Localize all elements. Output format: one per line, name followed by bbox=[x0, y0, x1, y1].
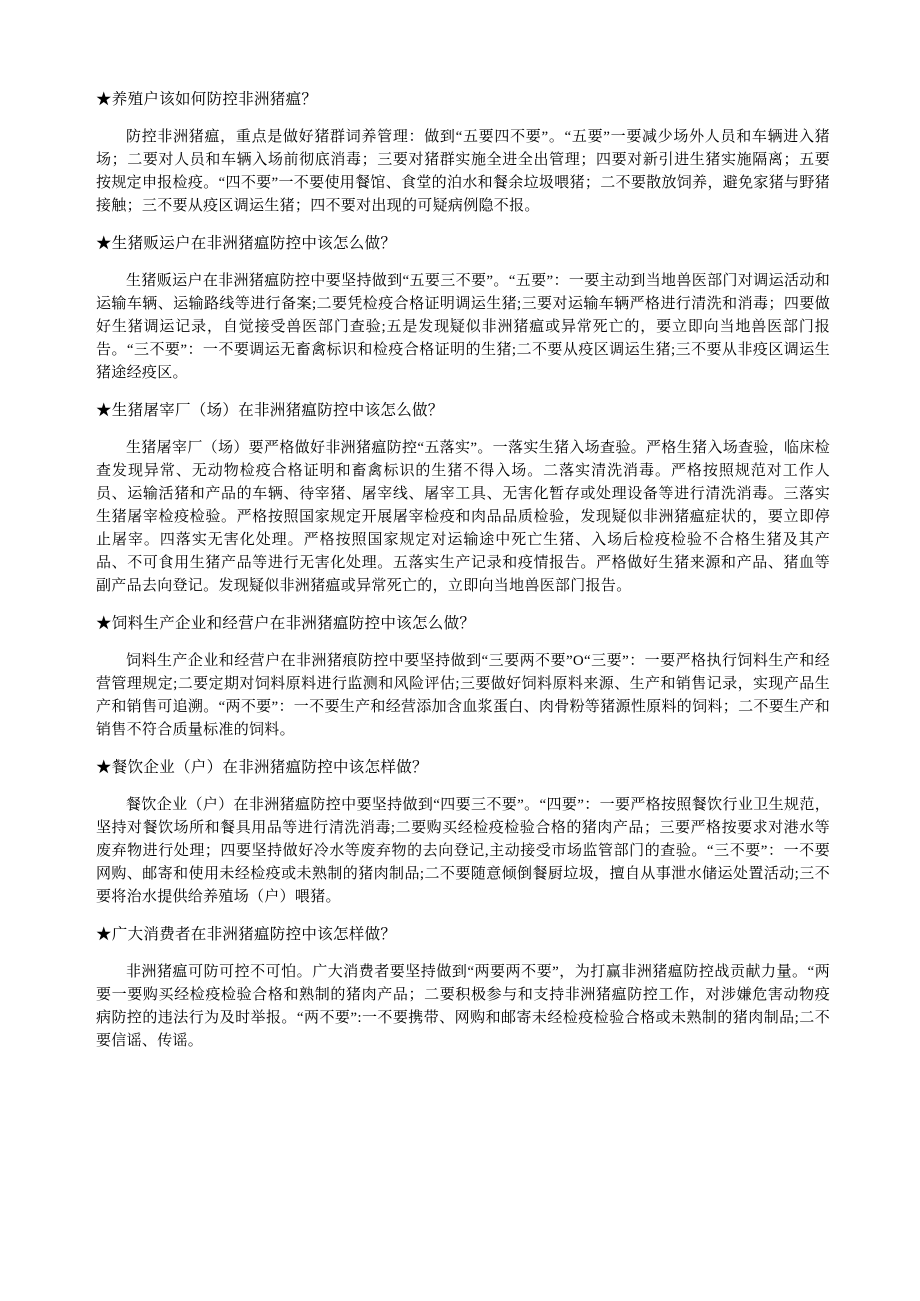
section-heading: ★广大消费者在非洲猪瘟防控中该怎样做？ bbox=[96, 923, 830, 946]
qa-section-farmers: ★养殖户该如何防控非洲猪瘟？ 防控非洲猪瘟，重点是做好猪群词养管理：做到“五要四… bbox=[96, 88, 830, 218]
section-heading: ★饲料生产企业和经营户在非洲猪瘟防控中该怎么做？ bbox=[96, 612, 830, 635]
section-heading: ★养殖户该如何防控非洲猪瘟？ bbox=[96, 88, 830, 111]
section-heading: ★生猪贩运户在非洲猪瘟防控中该怎么做？ bbox=[96, 232, 830, 255]
section-heading: ★餐饮企业（户）在非洲猪瘟防控中该怎样做？ bbox=[96, 756, 830, 779]
section-paragraph: 生猪贩运户在非洲猪瘟防控中要坚持做到“五要三不要”。“五要”：一要主动到当地兽医… bbox=[96, 270, 830, 385]
document-page: ★养殖户该如何防控非洲猪瘟？ 防控非洲猪瘟，重点是做好猪群词养管理：做到“五要四… bbox=[0, 0, 920, 1301]
section-paragraph: 饲料生产企业和经营户在非洲猪痕防控中要坚持做到“三要两不要”O“三要”：一要严格… bbox=[96, 650, 830, 742]
qa-section-feed-producers: ★饲料生产企业和经营户在非洲猪瘟防控中该怎么做？ 饲料生产企业和经营户在非洲猪痕… bbox=[96, 612, 830, 742]
section-paragraph: 生猪屠宰厂（场）要严格做好非洲猪瘟防控“五落实”。一落实生猪入场查验。严格生猪入… bbox=[96, 437, 830, 598]
qa-section-consumers: ★广大消费者在非洲猪瘟防控中该怎样做？ 非洲猪瘟可防可控不可怕。广大消费者要坚持… bbox=[96, 923, 830, 1053]
section-paragraph: 非洲猪瘟可防可控不可怕。广大消费者要坚持做到“两要两不要”，为打赢非洲猪瘟防控战… bbox=[96, 961, 830, 1053]
section-paragraph: 防控非洲猪瘟，重点是做好猪群词养管理：做到“五要四不要”。“五要”一要减少场外人… bbox=[96, 126, 830, 218]
qa-section-catering: ★餐饮企业（户）在非洲猪瘟防控中该怎样做？ 餐饮企业（户）在非洲猪瘟防控中要坚持… bbox=[96, 756, 830, 909]
qa-section-slaughterhouses: ★生猪屠宰厂（场）在非洲猪瘟防控中该怎么做？ 生猪屠宰厂（场）要严格做好非洲猪瘟… bbox=[96, 399, 830, 598]
qa-section-pig-traders: ★生猪贩运户在非洲猪瘟防控中该怎么做？ 生猪贩运户在非洲猪瘟防控中要坚持做到“五… bbox=[96, 232, 830, 385]
section-paragraph: 餐饮企业（户）在非洲猪瘟防控中要坚持做到“四要三不要”。“四要”：一要严格按照餐… bbox=[96, 794, 830, 909]
section-heading: ★生猪屠宰厂（场）在非洲猪瘟防控中该怎么做？ bbox=[96, 399, 830, 422]
